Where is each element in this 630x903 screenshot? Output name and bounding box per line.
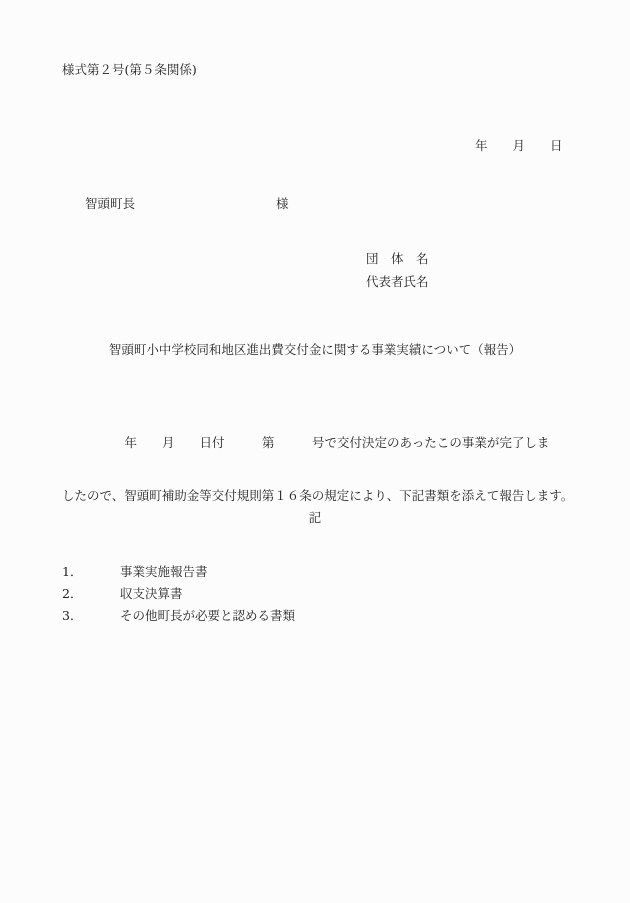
document-title: 智頭町小中学校同和地区進出費交付金に関する事業実績について（報告） (0, 342, 630, 358)
representative-name-label: 代表者氏名 (366, 274, 429, 290)
body-line-2: したので、智頭町補助金等交付規則第１６条の規定により、下記書類を添えて報告します… (62, 486, 568, 507)
body-line-1: 年 月 日付 第 号で交付決定のあったこの事業が完了しま (62, 433, 568, 454)
addressee-name: 智頭町長 (85, 196, 135, 212)
list-item-label: その他町長が必要と認める書類 (120, 606, 295, 624)
list-item: 1． 事業実施報告書 (62, 562, 562, 584)
organization-name-label: 団 体 名 (366, 251, 429, 267)
list-item-label: 収支決算書 (120, 584, 183, 602)
document-page: 様式第２号(第５条関係) 年 月 日 智頭町長 様 団 体 名 代表者氏名 智頭… (0, 0, 630, 903)
list-item-label: 事業実施報告書 (120, 562, 208, 580)
addressee-row: 智頭町長 様 (0, 196, 630, 214)
list-item-number: 1． (62, 562, 82, 580)
date-line: 年 月 日 (475, 138, 563, 154)
list-item: 3． その他町長が必要と認める書類 (62, 606, 562, 628)
attachment-list: 1． 事業実施報告書 2． 収支決算書 3． その他町長が必要と認める書類 (62, 562, 562, 628)
list-item-number: 3． (62, 606, 82, 624)
form-number: 様式第２号(第５条関係) (62, 62, 197, 78)
list-item: 2． 収支決算書 (62, 584, 562, 606)
list-item-number: 2． (62, 584, 82, 602)
ki-marker: 記 (0, 510, 630, 526)
addressee-honorific: 様 (276, 196, 289, 212)
